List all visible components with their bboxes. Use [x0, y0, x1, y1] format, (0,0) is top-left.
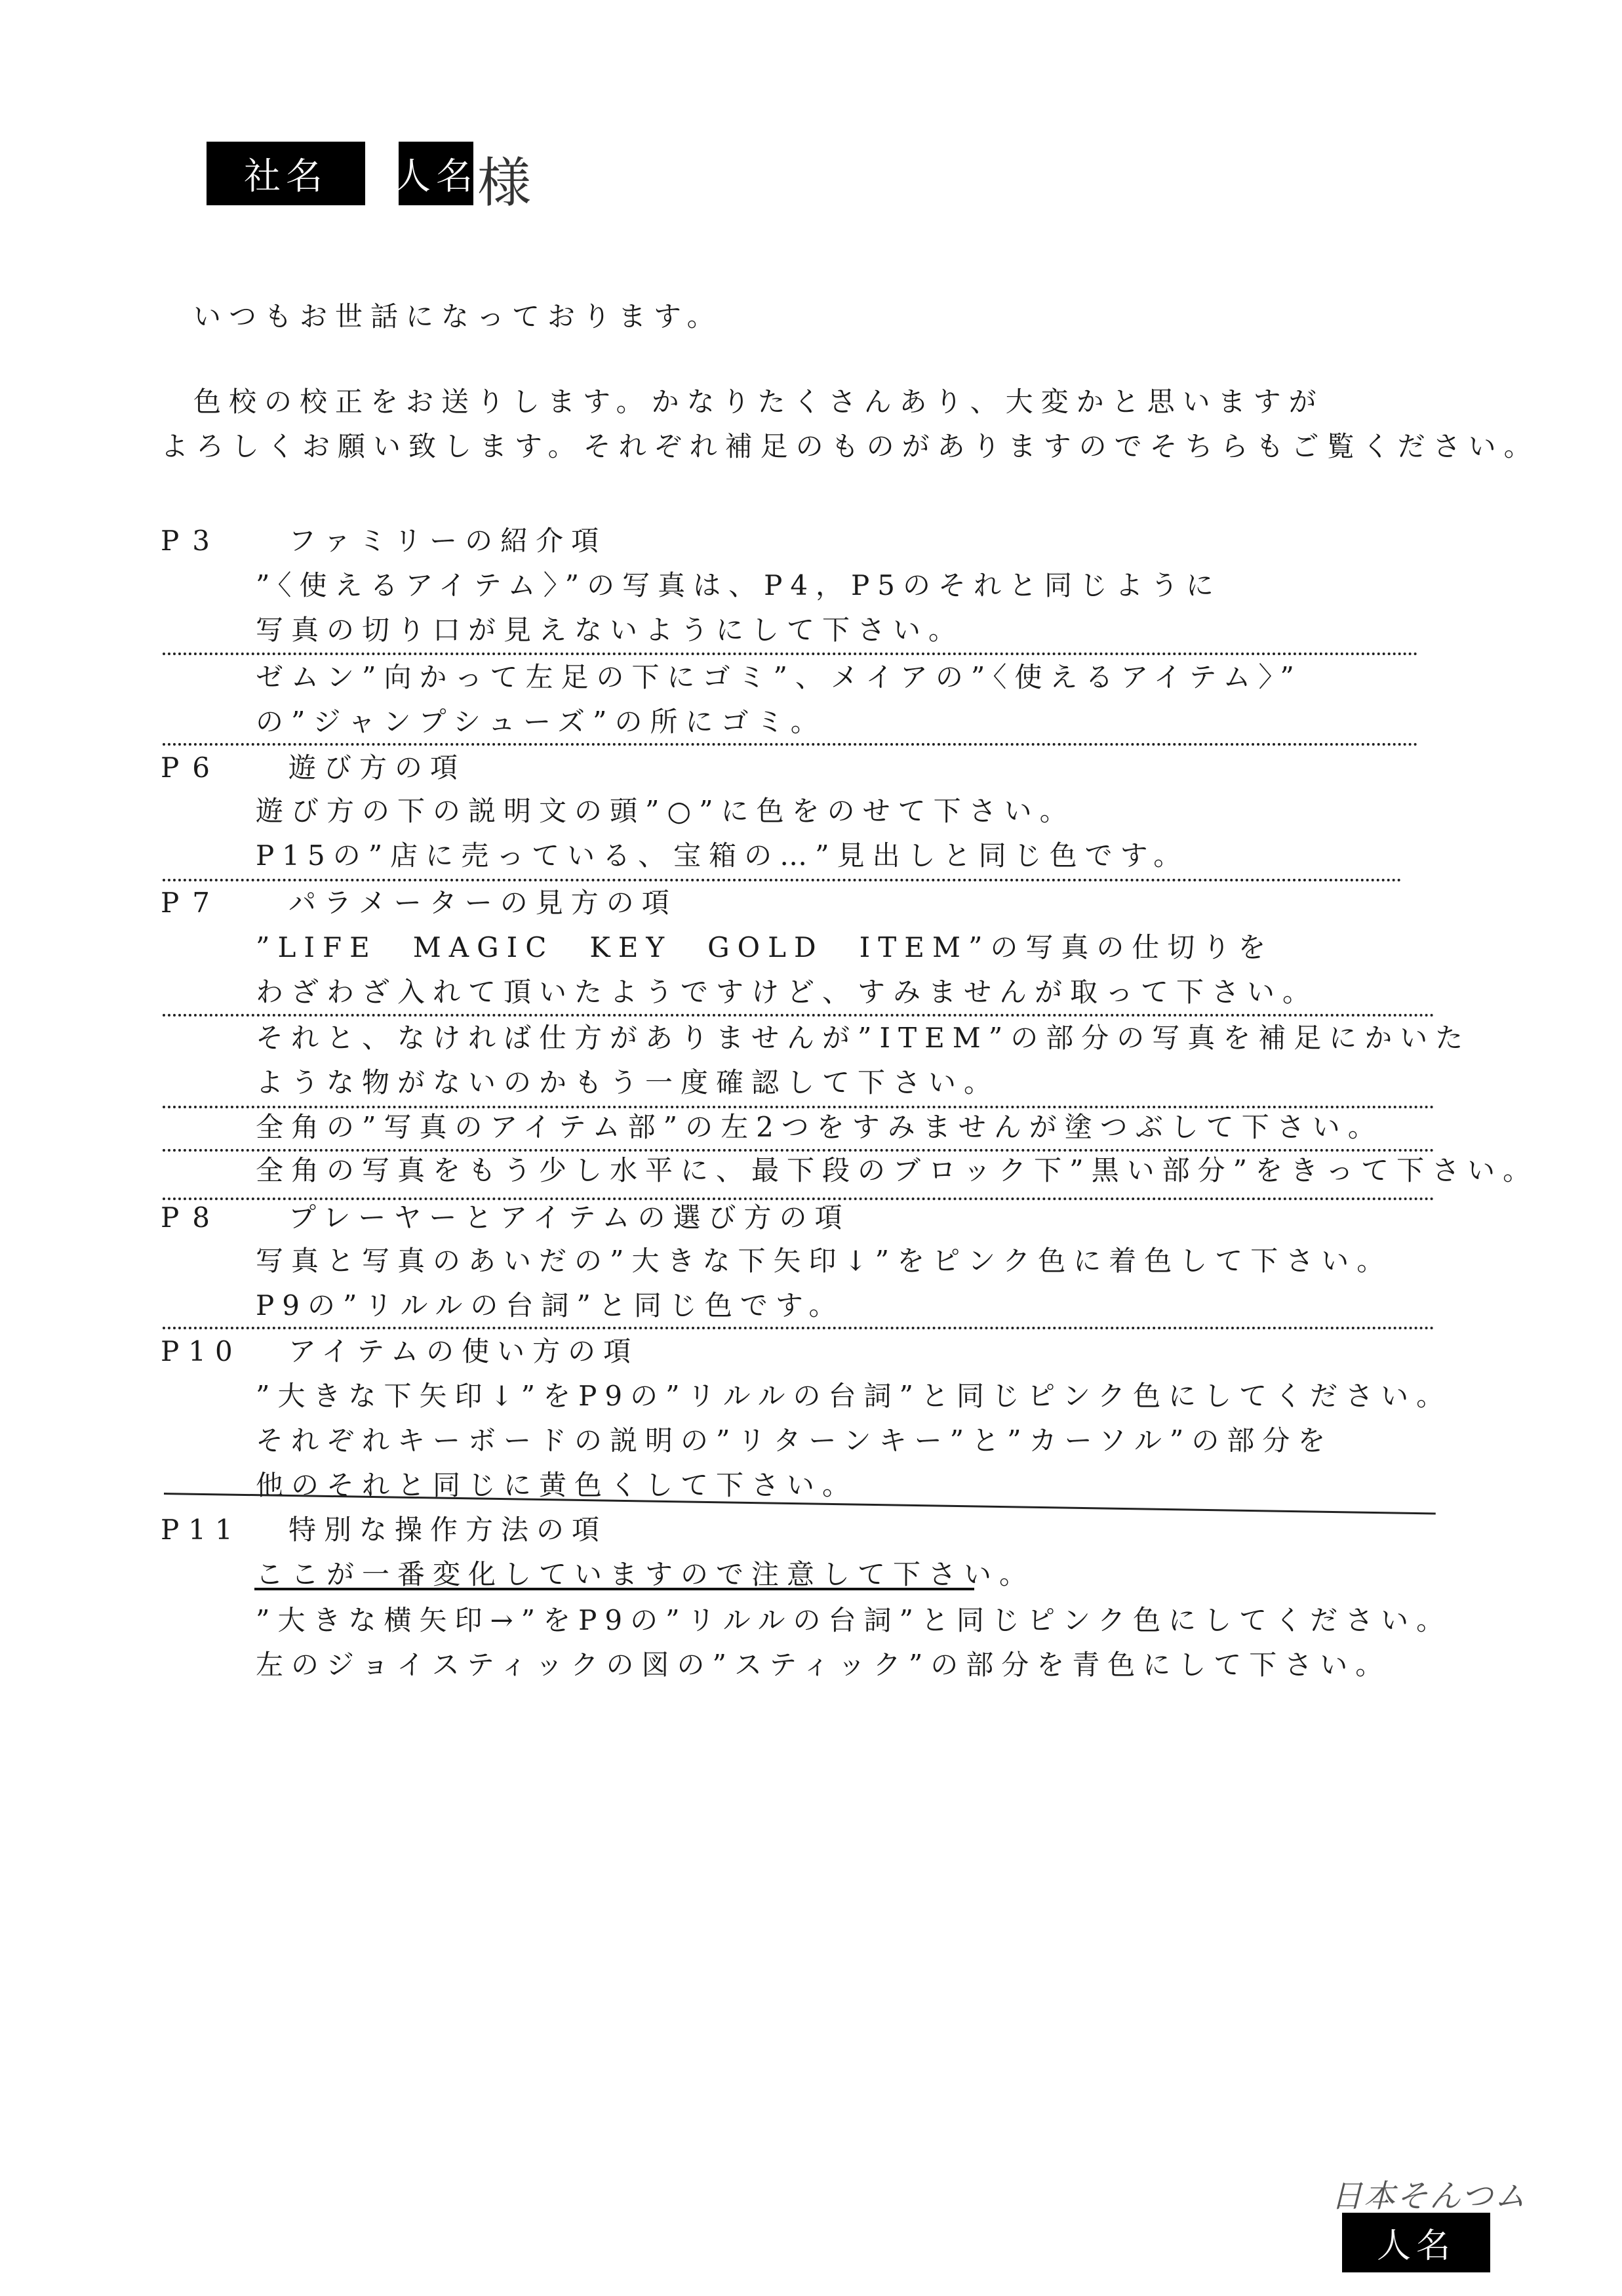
section-title-p3: ファミリーの紹介項	[288, 527, 606, 555]
emphasis-underline	[254, 1588, 974, 1590]
section-line: わざわざ入れて頂いたようですけど、すみませんが取って下さい。	[256, 978, 1318, 1006]
section-line: の”ジャンプシューズ”の所にゴミ。	[256, 708, 826, 736]
greeting: いつもお世話になっております。	[193, 303, 722, 331]
sender-name-label: 人名	[1377, 2218, 1455, 2267]
divider	[163, 1149, 1434, 1152]
divider	[163, 1327, 1434, 1329]
intro-line-2: よろしくお願い致します。それぞれ補足のものがありますのでそちらもご覧ください。	[161, 433, 1539, 460]
section-line: ”大きな下矢印↓”をP9の”リルルの台詞”と同じピンク色にしてください。	[256, 1382, 1452, 1410]
section-line: ような物がないのかもう一度確認して下さい。	[256, 1069, 999, 1097]
company-name-redaction: 社名	[207, 142, 365, 205]
divider	[163, 653, 1418, 655]
emphasis-note: ここが一番変化していますので注意して下さい。	[256, 1561, 1035, 1588]
section-line: 全角の写真をもう少し水平に、最下段のブロック下”黒い部分”をきって下さい。	[256, 1157, 1538, 1184]
section-title-p10: アイテムの使い方の項	[288, 1338, 639, 1365]
section-page-p11: P11	[161, 1516, 242, 1544]
company-name-label: 社名	[244, 148, 328, 200]
section-page-p3: P3	[161, 527, 223, 555]
section-line: ゼムン”向かって左足の下にゴミ”、メイアの”〈使えるアイテム〉”	[256, 664, 1302, 691]
divider	[163, 743, 1418, 746]
honorific: 様	[477, 140, 531, 217]
section-line: ”LIFE MAGIC KEY GOLD ITEM”の写真の仕切りを	[256, 934, 1273, 961]
section-page-p7: P7	[161, 889, 223, 917]
section-line: P9の”リルルの台詞”と同じ色です。	[256, 1292, 844, 1319]
section-title-p7: パラメーターの見方の項	[288, 889, 677, 917]
divider	[163, 1198, 1434, 1200]
section-line: 遊び方の下の説明文の頭”○”に色をのせて下さい。	[256, 797, 1075, 825]
section-title-p8: プレーヤーとアイテムの選び方の項	[288, 1204, 850, 1232]
section-line: ”〈使えるアイテム〉”の写真は、P4，P5のそれと同じように	[256, 572, 1221, 599]
section-line: 左のジョイスティックの図の”スティック”の部分を青色にして下さい。	[256, 1651, 1391, 1679]
divider	[163, 1014, 1434, 1017]
section-line: それぞれキーボードの説明の”リターンキー”と”カーソル”の部分を	[256, 1427, 1333, 1455]
recipient-name-redaction: 人名	[399, 142, 473, 205]
section-title-p6: 遊び方の項	[288, 754, 465, 782]
divider	[163, 1106, 1434, 1108]
section-page-p6: P6	[161, 754, 223, 782]
section-line: それと、なければ仕方がありませんが”ITEM”の部分の写真を補足にかいた	[256, 1024, 1471, 1052]
handwritten-signature: 日本そんつム	[1331, 2171, 1527, 2216]
section-page-p8: P8	[161, 1204, 223, 1232]
recipient-name-label: 人名	[394, 148, 478, 200]
section-line: 写真の切り口が見えないようにして下さい。	[256, 616, 964, 644]
sender-name-redaction: 人名	[1342, 2213, 1490, 2272]
section-line: 全角の”写真のアイテム部”の左2つをすみませんが塗つぶして下さい。	[256, 1114, 1383, 1141]
divider	[163, 879, 1402, 881]
section-line: 写真と写真のあいだの”大きな下矢印↓”をピンク色に着色して下さい。	[256, 1247, 1392, 1275]
section-line: ”大きな横矢印→”をP9の”リルルの台詞”と同じピンク色にしてください。	[256, 1607, 1452, 1634]
section-page-p10: P10	[161, 1338, 242, 1365]
intro-line-1: 色校の校正をお送りします。かなりたくさんあり、大変かと思いますが	[193, 388, 1324, 416]
section-line: P15の”店に売っている、宝箱の…”見出しと同じ色です。	[256, 842, 1189, 870]
section-title-p11: 特別な操作方法の項	[288, 1516, 607, 1544]
